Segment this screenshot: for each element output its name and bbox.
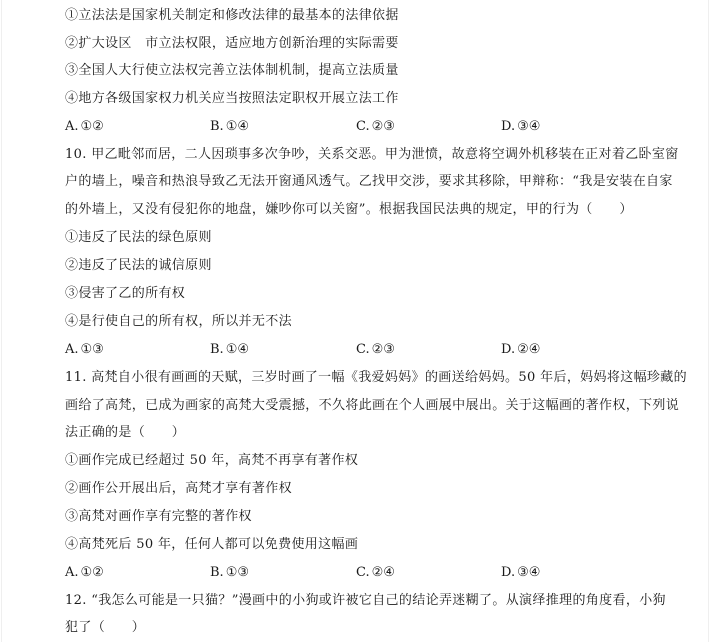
- option-key: A.: [65, 119, 79, 134]
- q11-statement-1: ①画作完成已经超过 50 年，高梵不再享有著作权: [65, 451, 358, 471]
- option-value: ①④: [226, 119, 249, 134]
- option-key: D.: [501, 119, 515, 134]
- q10-stem-line-1: 10. 甲乙毗邻而居，二人因琐事多次争吵，关系交恶。甲为泄愤，故意将空调外机移装…: [65, 145, 679, 165]
- q10-option-a: A.①③: [65, 340, 104, 360]
- option-key: C.: [356, 565, 370, 580]
- q10-option-c: C.②③: [356, 340, 395, 360]
- q11-option-c: C.②④: [356, 563, 395, 583]
- q12-stem-line-1: 12. “我怎么可能是一只猫？”漫画中的小狗或许被它自己的结论弄迷糊了。从演绎推…: [65, 591, 666, 611]
- q9-statement-2: ②扩大设区 市立法权限，适应地方创新治理的实际需要: [65, 34, 399, 54]
- q11-stem-line-3: 法正确的是（ ）: [65, 423, 185, 443]
- option-key: C.: [356, 342, 370, 357]
- option-value: ②④: [372, 565, 395, 580]
- option-key: D.: [501, 342, 515, 357]
- q9-statement-1: ①立法法是国家机关制定和修改法律的最基本的法律依据: [65, 6, 399, 26]
- q12-stem-line-2: 犯了（ ）: [65, 618, 145, 638]
- option-key: B.: [210, 119, 224, 134]
- option-value: ②④: [517, 342, 540, 357]
- option-value: ③④: [517, 119, 540, 134]
- option-value: ①②: [81, 565, 104, 580]
- q9-option-a: A.①②: [65, 117, 104, 137]
- document-page: ①立法法是国家机关制定和修改法律的最基本的法律依据 ②扩大设区 市立法权限，适应…: [1, 0, 709, 642]
- q9-statement-4: ④地方各级国家权力机关应当按照法定职权开展立法工作: [65, 89, 399, 109]
- option-value: ①③: [81, 342, 104, 357]
- q10-statement-3: ③侵害了乙的所有权: [65, 284, 185, 304]
- q9-option-c: C.②③: [356, 117, 395, 137]
- q11-statement-2: ②画作公开展出后，高梵才享有著作权: [65, 479, 292, 499]
- q10-statement-1: ①违反了民法的绿色原则: [65, 228, 212, 248]
- q11-statement-4: ④高梵死后 50 年，任何人都可以免费使用这幅画: [65, 535, 358, 555]
- option-key: A.: [65, 565, 79, 580]
- q10-stem-line-2: 户的墙上，噪音和热浪导致乙无法开窗通风透气。乙找甲交涉，要求其移除，甲辩称：“我…: [65, 172, 673, 192]
- option-value: ③④: [517, 565, 540, 580]
- q11-stem-line-1: 11. 高梵自小很有画画的天赋，三岁时画了一幅《我爱妈妈》的画送给妈妈。50 年…: [65, 368, 687, 388]
- q9-option-d: D.③④: [501, 117, 540, 137]
- q9-statement-3: ③全国人大行使立法权完善立法体制机制，提高立法质量: [65, 61, 399, 81]
- option-value: ②③: [372, 342, 395, 357]
- option-value: ②③: [372, 119, 395, 134]
- option-value: ①④: [226, 342, 249, 357]
- q9-option-b: B.①④: [210, 117, 249, 137]
- q10-statement-4: ④是行使自己的所有权，所以并无不法: [65, 312, 292, 332]
- option-value: ①②: [81, 119, 104, 134]
- option-key: B.: [210, 342, 224, 357]
- q10-option-b: B.①④: [210, 340, 249, 360]
- option-key: D.: [501, 565, 515, 580]
- q11-option-b: B.①③: [210, 563, 249, 583]
- option-key: A.: [65, 342, 79, 357]
- option-value: ①③: [226, 565, 249, 580]
- q10-statement-2: ②违反了民法的诚信原则: [65, 256, 212, 276]
- q10-stem-line-3: 的外墙上，又没有侵犯你的地盘，嫌吵你可以关窗”。根据我国民法典的规定，甲的行为（…: [65, 200, 633, 220]
- option-key: B.: [210, 565, 224, 580]
- q11-option-a: A.①②: [65, 563, 104, 583]
- option-key: C.: [356, 119, 370, 134]
- q11-option-d: D.③④: [501, 563, 540, 583]
- q10-option-d: D.②④: [501, 340, 540, 360]
- q11-stem-line-2: 画给了高梵，已成为画家的高梵大受震撼，不久将此画在个人画展中展出。关于这幅画的著…: [65, 396, 679, 416]
- q11-statement-3: ③高梵对画作享有完整的著作权: [65, 507, 252, 527]
